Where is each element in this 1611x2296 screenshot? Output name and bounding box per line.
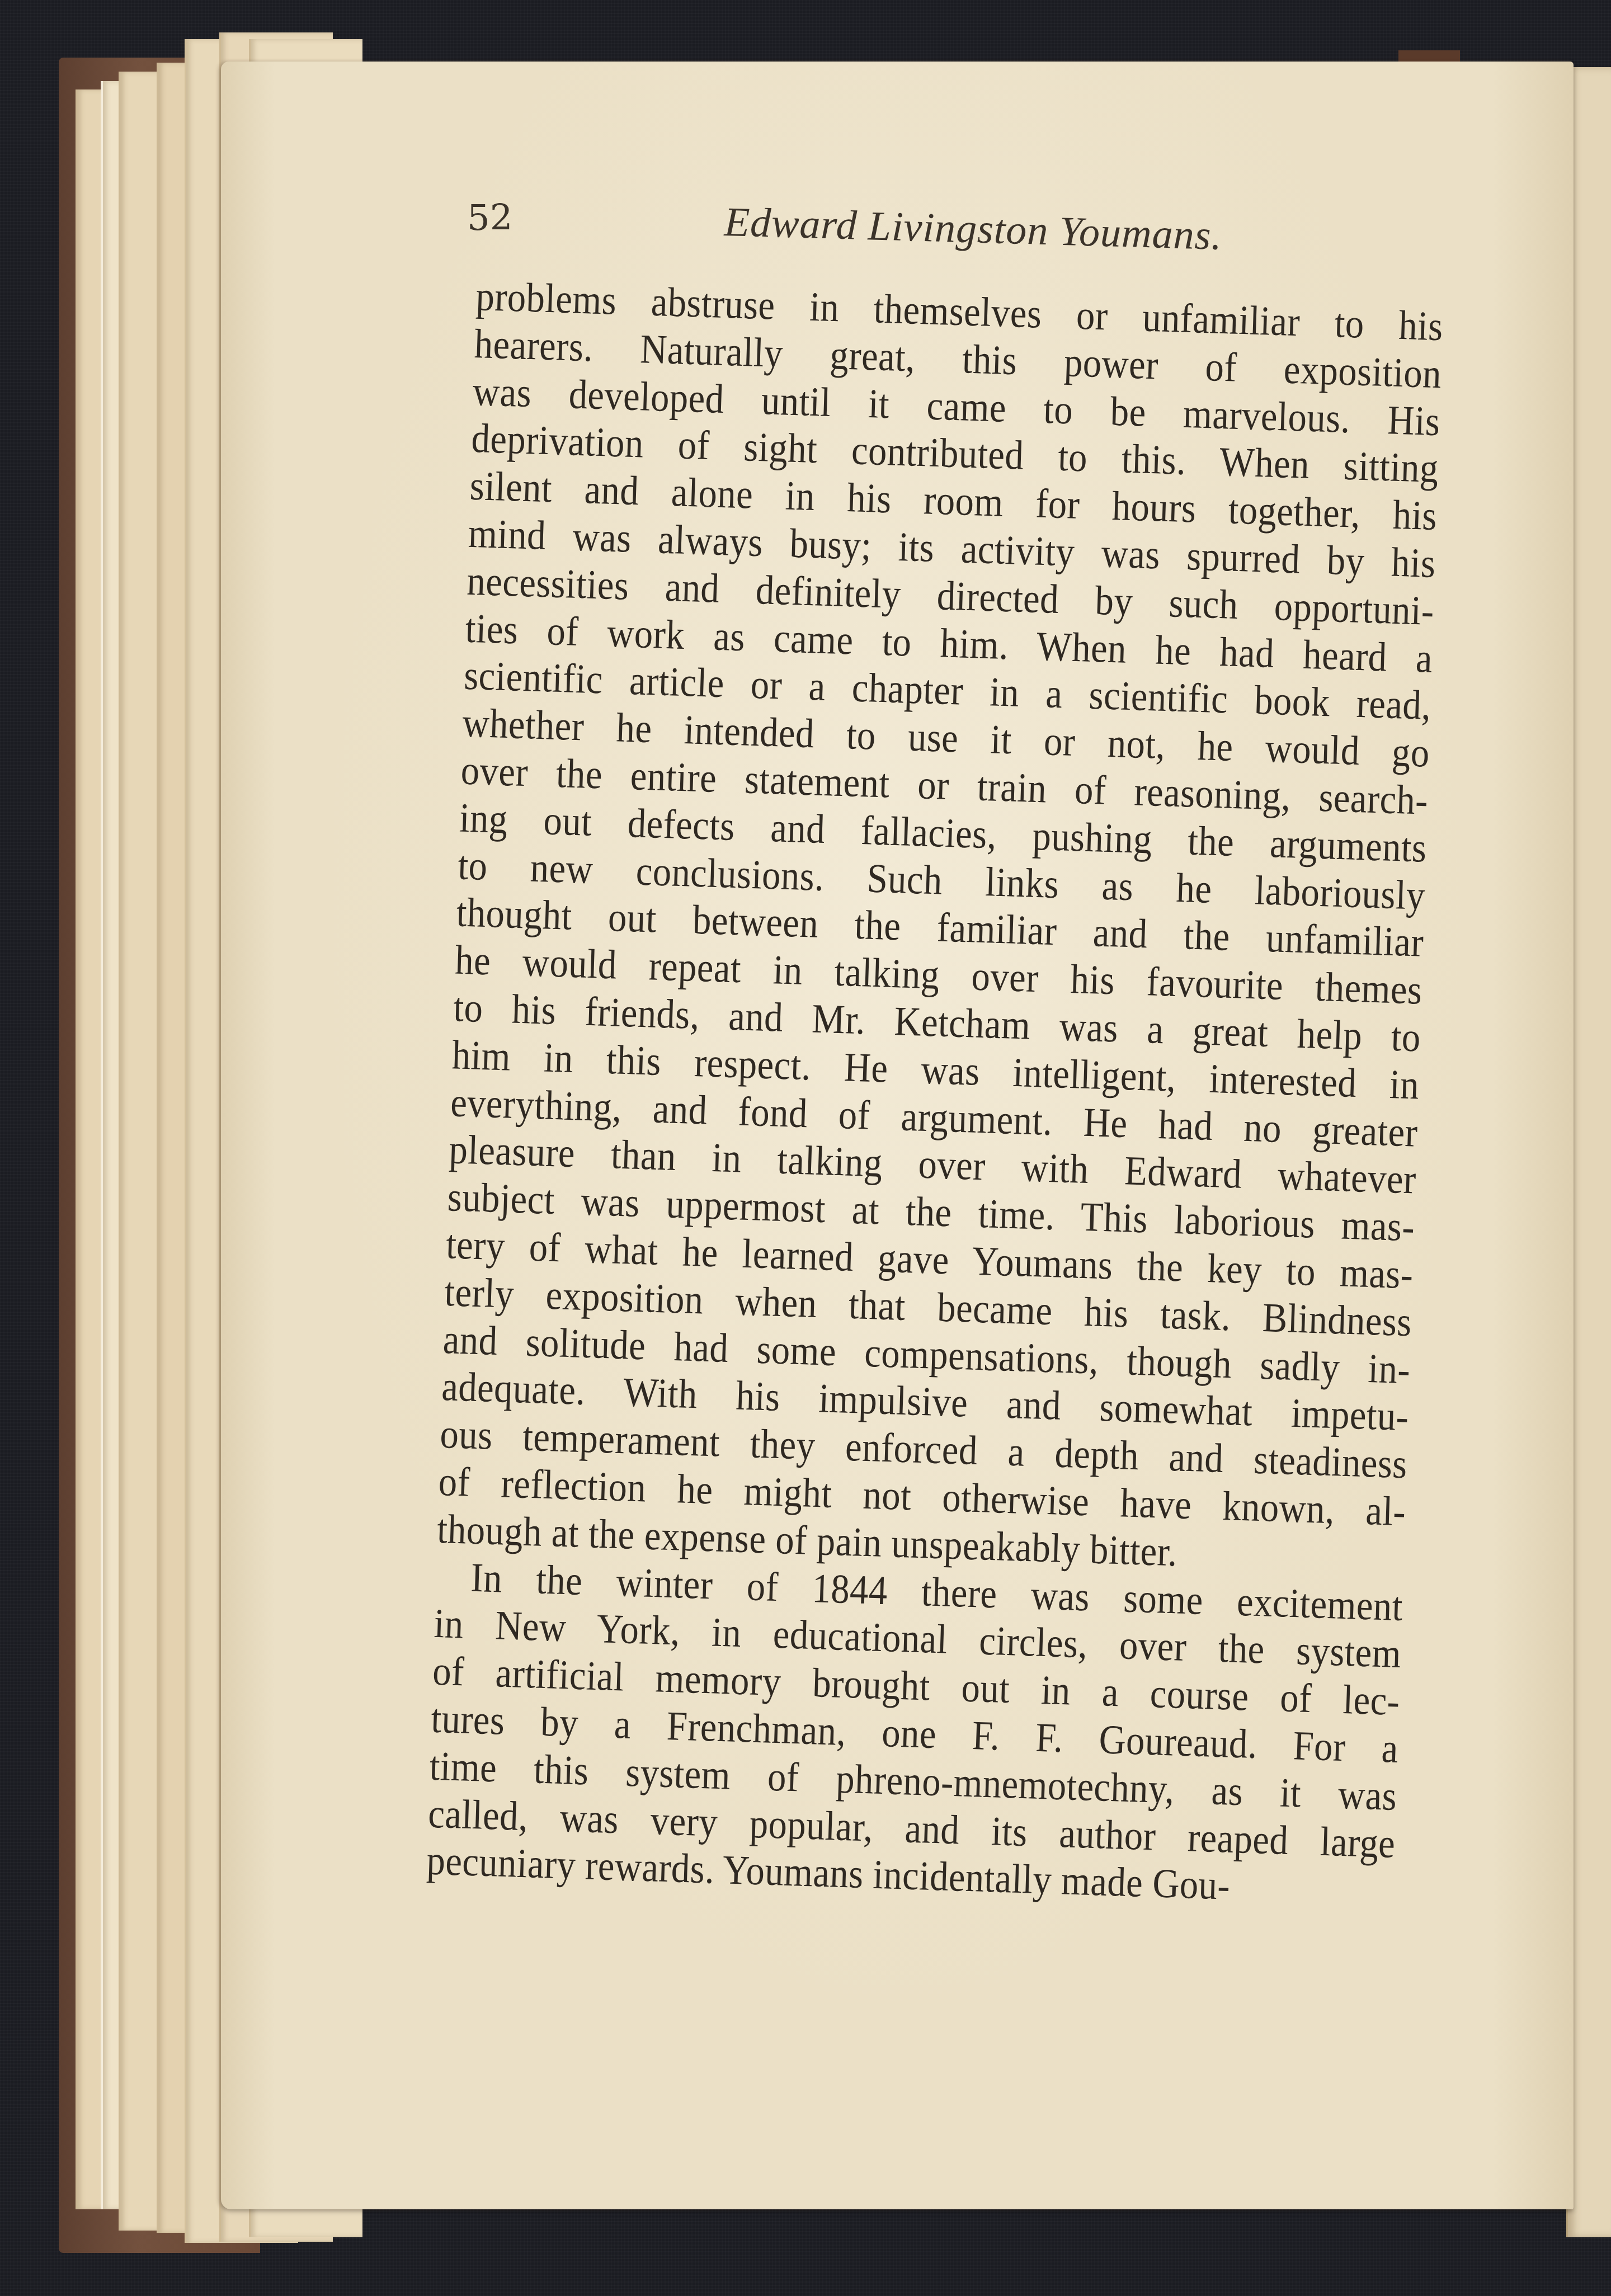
book-cover-edge-top (1398, 50, 1460, 62)
body-text: problems abstruse in themselves or unfam… (426, 273, 1444, 1915)
page-number: 52 (467, 197, 512, 239)
running-head: 52 Edward Livingston Youmans. (467, 193, 1474, 260)
running-title: Edward Livingston Youmans. (724, 199, 1223, 260)
